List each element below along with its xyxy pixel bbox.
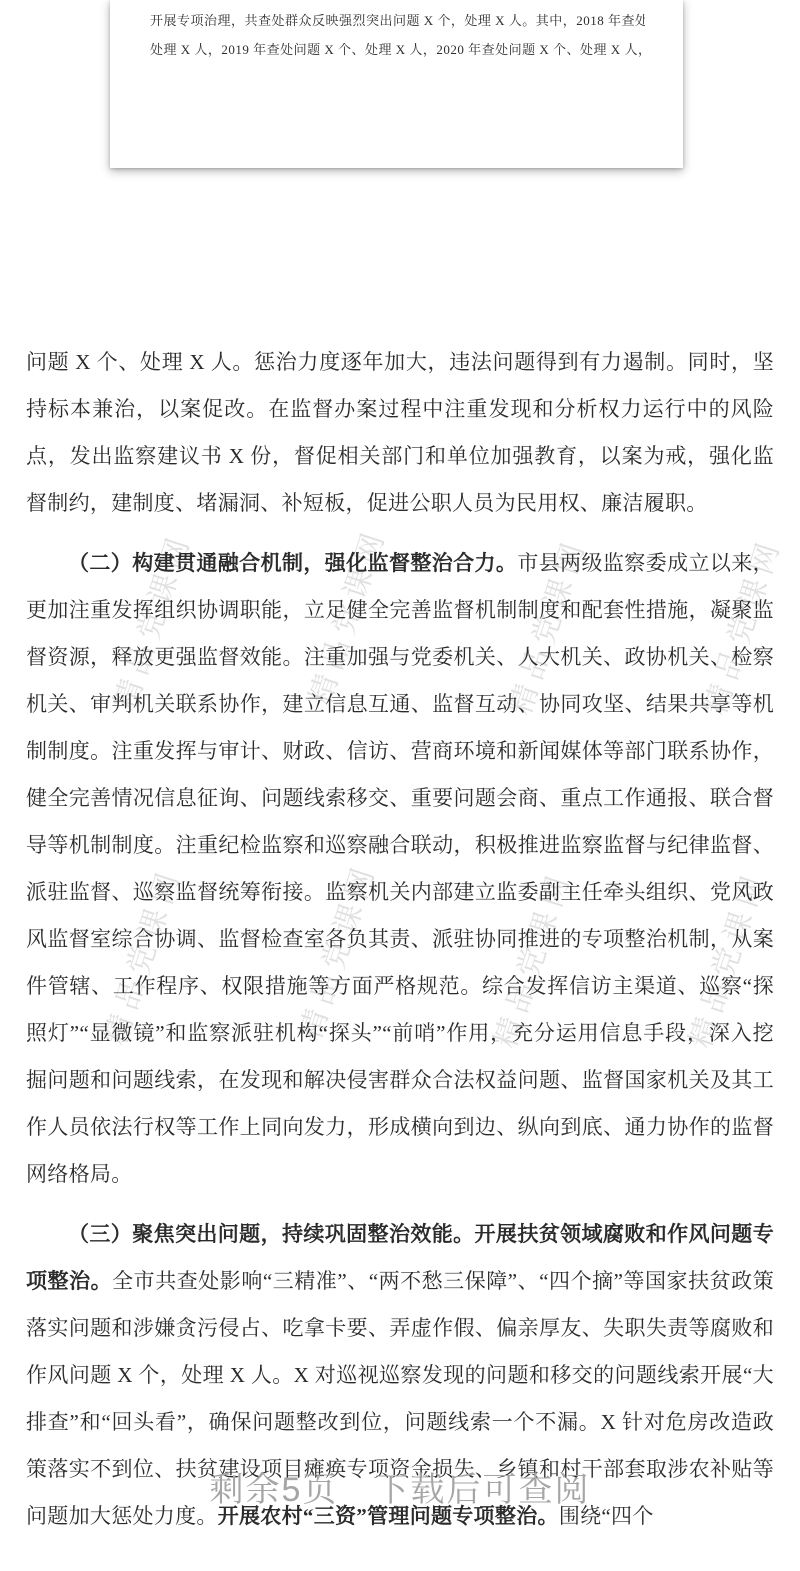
paragraph-text-run: 问题 X 个、处理 X 人。惩治力度逐年加大，违法问题得到有力遏制。同时，坚持标…	[26, 350, 774, 515]
download-hint-text: 下载后可查阅	[374, 1471, 590, 1509]
paragraph-heading-run: （二）构建贯通融合机制，强化监督整治合力。	[68, 551, 517, 575]
paragraph: （二）构建贯通融合机制，强化监督整治合力。市县两级监察委成立以来，更加注重发挥组…	[26, 540, 774, 1198]
page-preview-card: 开展专项治理，共查处群众反映强烈突出问题 X 个，处理 X 人。其中，2018 …	[110, 0, 683, 168]
pages-remaining-banner: 剩余5页下载后可查阅	[0, 1462, 800, 1511]
preview-line: 开展专项治理，共查处群众反映强烈突出问题 X 个，处理 X 人。其中，2018 …	[150, 6, 645, 35]
preview-line: 处理 X 人，2019 年查处问题 X 个、处理 X 人，2020 年查处问题 …	[150, 35, 645, 64]
remaining-pages-text: 剩余5页	[210, 1471, 339, 1509]
paragraph-text-run: 市县两级监察委成立以来，更加注重发挥组织协调职能，立足健全完善监督机制制度和配套…	[26, 551, 774, 1186]
document-body: 问题 X 个、处理 X 人。惩治力度逐年加大，违法问题得到有力遏制。同时，坚持标…	[0, 339, 800, 1553]
document-page: 精品党课网精品党课网精品党课网精品党课网精品党课网精品党课网精品党课网精品党课网…	[0, 0, 800, 1571]
paragraph: 问题 X 个、处理 X 人。惩治力度逐年加大，违法问题得到有力遏制。同时，坚持标…	[26, 339, 774, 527]
